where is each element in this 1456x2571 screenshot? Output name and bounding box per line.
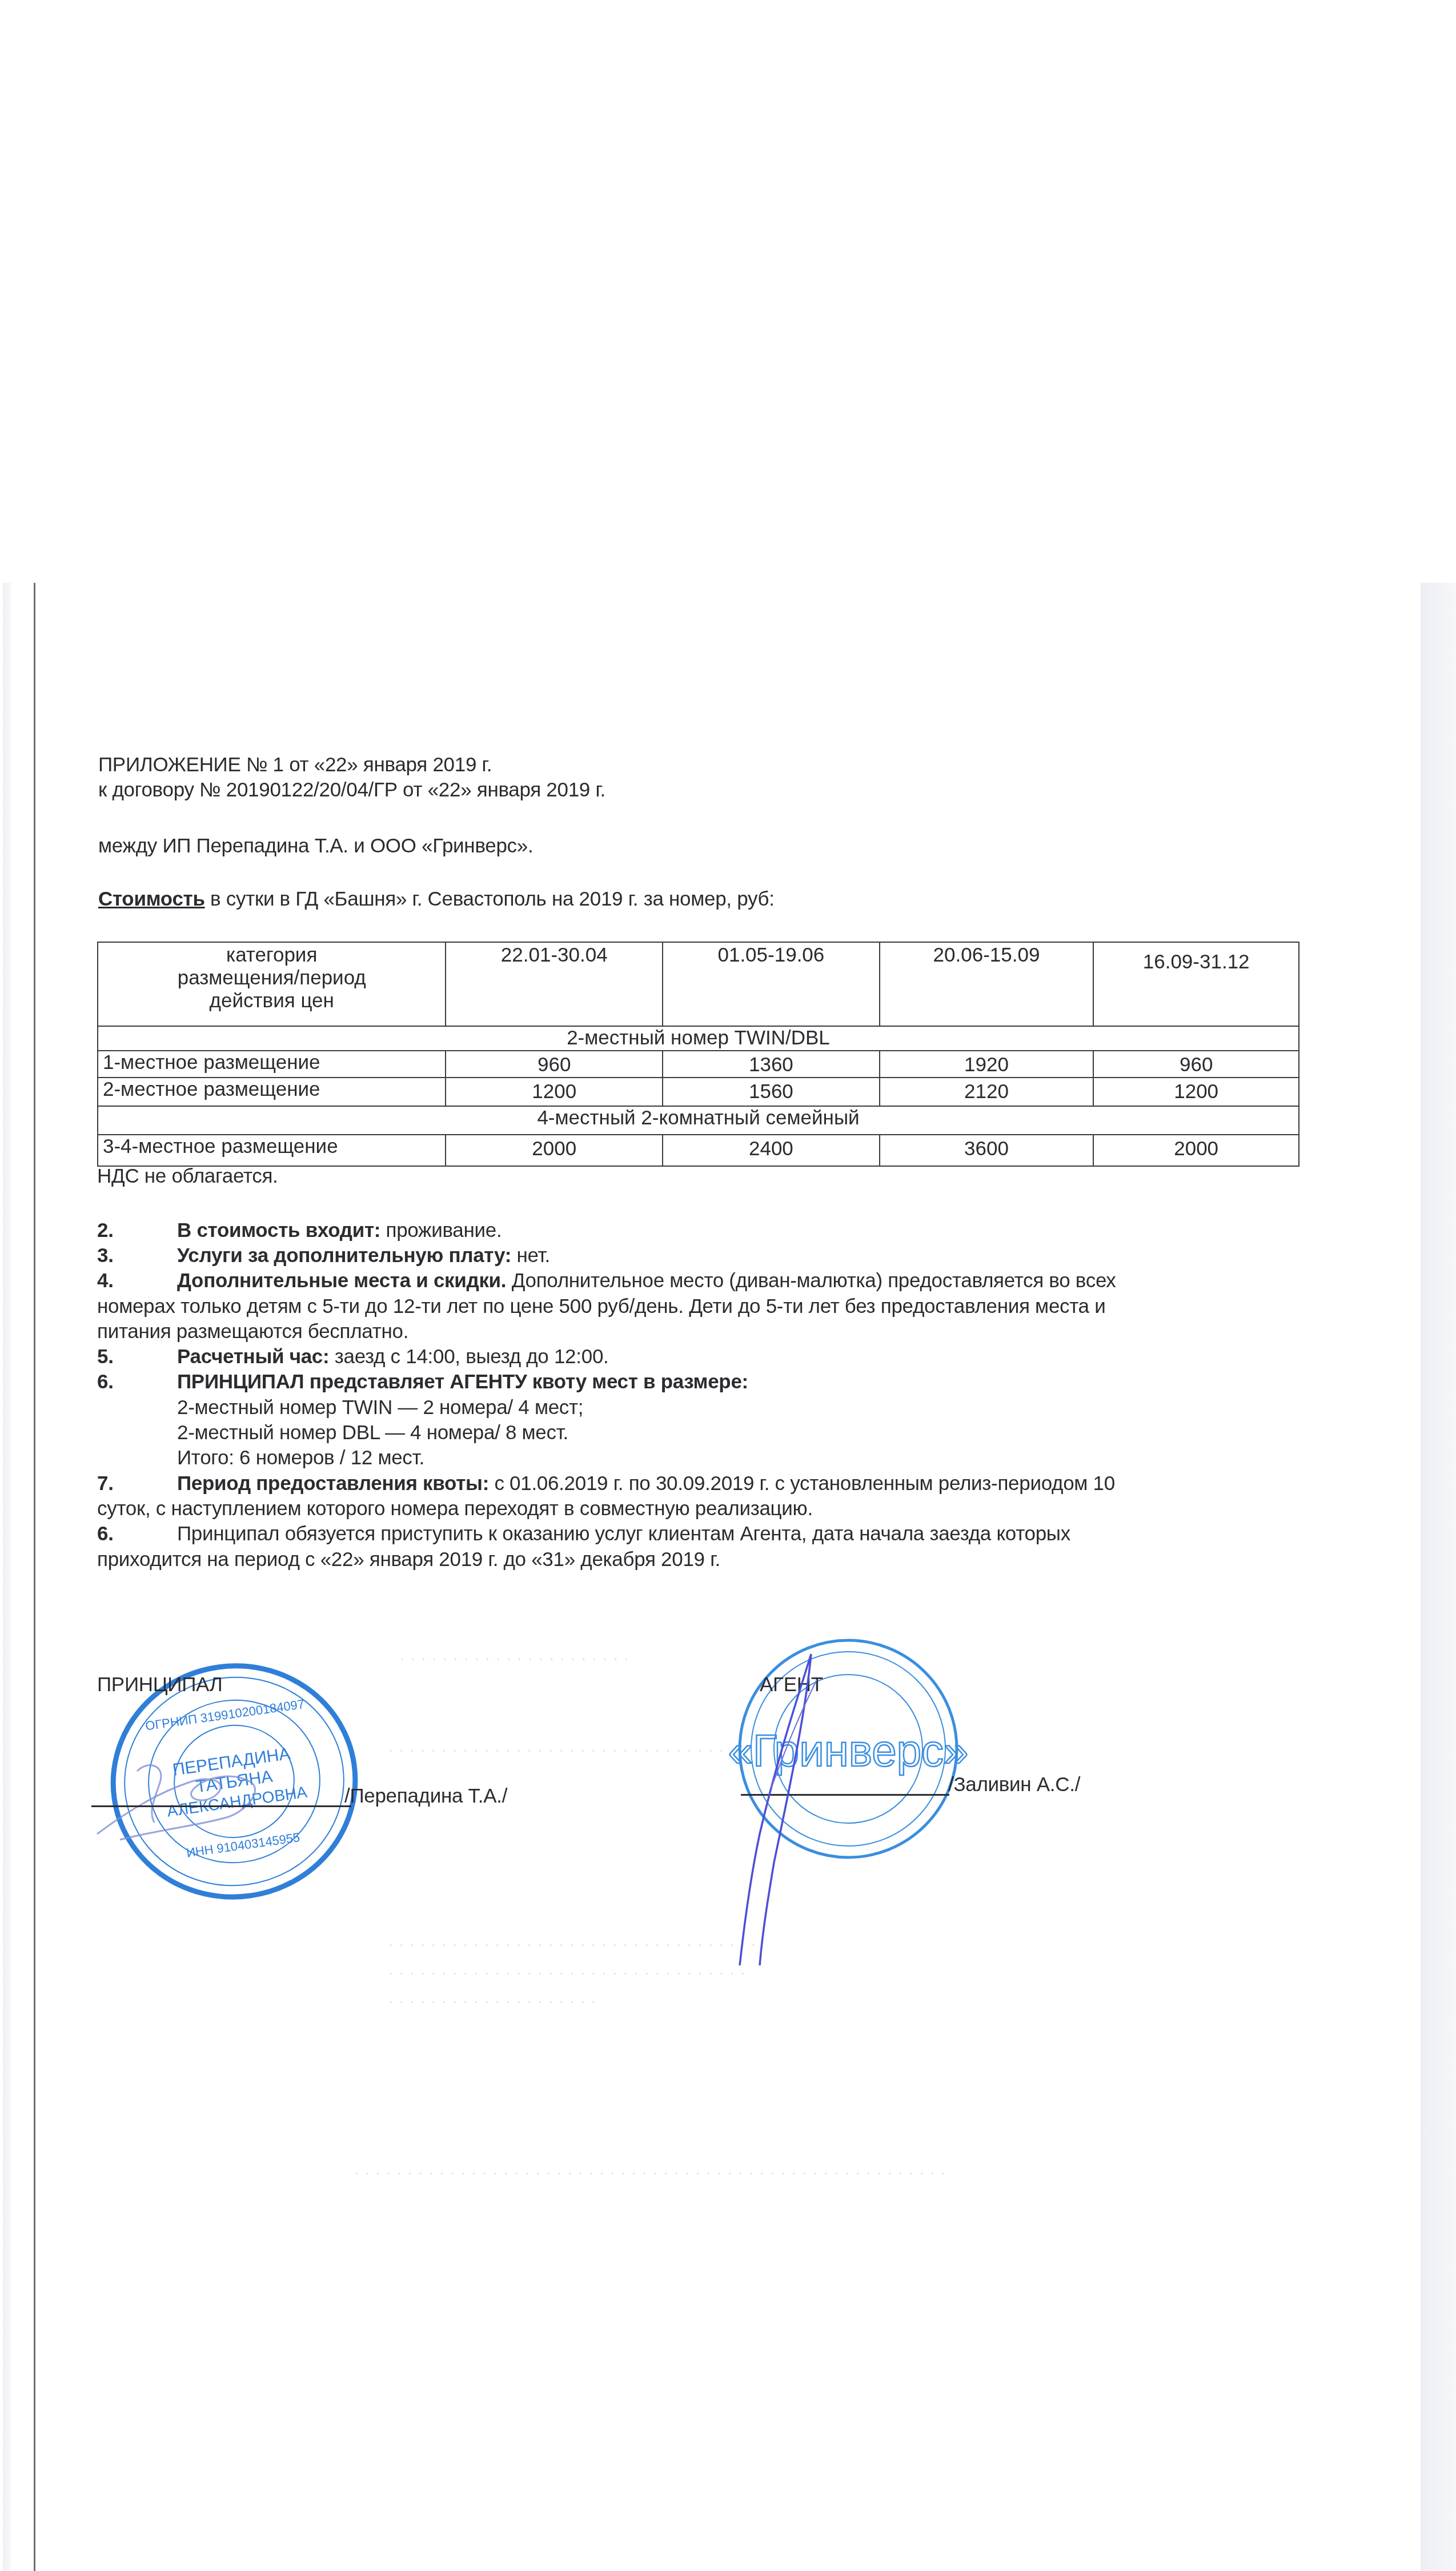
- ghost-text: . . . . . . . . . . . . . . . . . . . . …: [388, 1931, 756, 1951]
- clause-heading: ПРИНЦИПАЛ представляет АГЕНТУ квоту мест…: [177, 1371, 748, 1393]
- header-period-cell: 16.09-31.12: [1093, 942, 1299, 1026]
- paper-edge-line: [34, 583, 35, 2571]
- clause-text: Дополнительное место (диван-малютка) пре…: [506, 1270, 1116, 1292]
- price-cell: 2000: [446, 1135, 663, 1166]
- clause-heading: Услуги за дополнительную плату:: [177, 1244, 511, 1267]
- price-cell: 2120: [880, 1078, 1094, 1106]
- header-category-cell: категория размещения/период действия цен: [98, 942, 446, 1026]
- clause-4-continuation: питания размещаются бесплатно.: [97, 1320, 408, 1344]
- clause-7-continuation: суток, с наступлением которого номера пе…: [97, 1497, 813, 1521]
- principal-signature-icon: [86, 1748, 303, 1851]
- clause-2: 2.В стоимость входит: проживание.: [97, 1219, 502, 1243]
- clause-text: заезд с 14:00, выезд до 12:00.: [329, 1345, 608, 1368]
- row-category: 2-местное размещение: [98, 1078, 446, 1106]
- price-cell: 1200: [1093, 1078, 1299, 1106]
- price-cell: 960: [1093, 1051, 1299, 1078]
- ghost-text: . . . . . . . . . . . . . . . . . . . . …: [388, 1960, 745, 1979]
- price-cell: 960: [446, 1051, 663, 1078]
- agent-signature-icon: [725, 1645, 840, 1988]
- clause-3: 3.Услуги за дополнительную плату: нет.: [97, 1244, 550, 1268]
- principal-signature-line: [91, 1805, 351, 1807]
- price-cell: 1200: [446, 1078, 663, 1106]
- clause-number: 6.: [97, 1370, 177, 1394]
- clause-6b-continuation: приходится на период с «22» января 2019 …: [97, 1548, 720, 1572]
- ghost-text: . . . . . . . . . . . . . . . . . . . . …: [354, 2160, 946, 2179]
- contract-reference: к договору № 20190122/20/04/ГР от «22» я…: [98, 778, 605, 802]
- price-cell: 2000: [1093, 1135, 1299, 1166]
- cost-heading: Стоимость в сутки в ГД «Башня» г. Севаст…: [98, 887, 775, 911]
- header-period-cell: 22.01-30.04: [446, 942, 663, 1026]
- clause-text: Принципал обязуется приступить к оказани…: [177, 1523, 1070, 1545]
- clause-6b: 6.Принципал обязуется приступить к оказа…: [97, 1522, 1070, 1546]
- header-category-line: действия цен: [102, 990, 442, 1012]
- price-cell: 2400: [663, 1135, 880, 1166]
- scan-edge-right: [1421, 583, 1456, 2571]
- ghost-text: . . . . . . . . . . . . . . . . . . . . …: [388, 1737, 735, 1756]
- clause-heading: Расчетный час:: [177, 1345, 329, 1368]
- price-table: категория размещения/период действия цен…: [97, 942, 1299, 1167]
- header-period-cell: 20.06-15.09: [880, 942, 1094, 1026]
- parties-line: между ИП Перепадина Т.А. и ООО «Гринверс…: [98, 834, 533, 858]
- clause-number: 7.: [97, 1472, 177, 1496]
- clause-heading: В стоимость входит:: [177, 1219, 380, 1242]
- vat-note: НДС не облагается.: [97, 1164, 278, 1188]
- scan-edge-left: [3, 583, 11, 2571]
- clause-number: 4.: [97, 1269, 177, 1293]
- appendix-title: ПРИЛОЖЕНИЕ № 1 от «22» января 2019 г.: [98, 753, 492, 777]
- quota-item: 2-местный номер TWIN — 2 номера/ 4 мест;: [177, 1396, 583, 1420]
- clause-5: 5.Расчетный час: заезд с 14:00, выезд до…: [97, 1345, 608, 1369]
- row-category: 1-местное размещение: [98, 1051, 446, 1078]
- row-category: 3-4-местное размещение: [98, 1135, 446, 1166]
- cost-label: Стоимость: [98, 888, 205, 910]
- clause-heading: Дополнительные места и скидки.: [177, 1270, 506, 1292]
- clause-text: нет.: [511, 1244, 550, 1267]
- table-row: 1-местное размещение 960 1360 1920 960: [98, 1051, 1299, 1078]
- table-header-row: категория размещения/период действия цен…: [98, 942, 1299, 1026]
- quota-total: Итого: 6 номеров / 12 мест.: [177, 1446, 424, 1470]
- clause-number: 6.: [97, 1522, 177, 1546]
- quota-item: 2-местный номер DBL — 4 номера/ 8 мест.: [177, 1421, 568, 1445]
- clause-number: 3.: [97, 1244, 177, 1268]
- clause-heading: Период предоставления квоты:: [177, 1472, 489, 1495]
- section-row: 2-местный номер TWIN/DBL: [98, 1026, 1299, 1051]
- agent-name: /Заливин А.С./: [948, 1773, 1080, 1797]
- price-cell: 1560: [663, 1078, 880, 1106]
- ghost-text: . . . . . . . . . . . . . . . . . . . . …: [400, 1645, 629, 1665]
- header-period-cell: 01.05-19.06: [663, 942, 880, 1026]
- clause-7: 7.Период предоставления квоты: с 01.06.2…: [97, 1472, 1115, 1496]
- stamp-ogrnip: ОГРНИП 319910200184097: [145, 1697, 306, 1733]
- section-title: 4-местный 2-комнатный семейный: [98, 1106, 1299, 1135]
- ghost-text: . . . . . . . . . . . . . . . . . . . .: [388, 1988, 596, 2008]
- header-category-line: размещения/период: [102, 967, 442, 990]
- price-cell: 1920: [880, 1051, 1094, 1078]
- price-cell: 3600: [880, 1135, 1094, 1166]
- clause-4-continuation: номерах только детям с 5-ти до 12-ти лет…: [97, 1295, 1105, 1319]
- principal-name: /Перепадина Т.А./: [344, 1784, 507, 1808]
- clause-4: 4.Дополнительные места и скидки. Дополни…: [97, 1269, 1116, 1293]
- principal-role-label: ПРИНЦИПАЛ: [97, 1673, 223, 1697]
- table-row: 3-4-местное размещение 2000 2400 3600 20…: [98, 1135, 1299, 1166]
- cost-description: в сутки в ГД «Башня» г. Севастополь на 2…: [205, 888, 775, 910]
- table-row: 2-местное размещение 1200 1560 2120 1200: [98, 1078, 1299, 1106]
- clause-number: 5.: [97, 1345, 177, 1369]
- header-category-line: категория: [102, 944, 442, 967]
- clause-number: 2.: [97, 1219, 177, 1243]
- clause-text: проживание.: [380, 1219, 502, 1242]
- section-row: 4-местный 2-комнатный семейный: [98, 1106, 1299, 1135]
- section-title: 2-местный номер TWIN/DBL: [98, 1026, 1299, 1051]
- clause-6: 6.ПРИНЦИПАЛ представляет АГЕНТУ квоту ме…: [97, 1370, 748, 1394]
- clause-text: с 01.06.2019 г. по 30.09.2019 г. с устан…: [489, 1472, 1115, 1495]
- price-cell: 1360: [663, 1051, 880, 1078]
